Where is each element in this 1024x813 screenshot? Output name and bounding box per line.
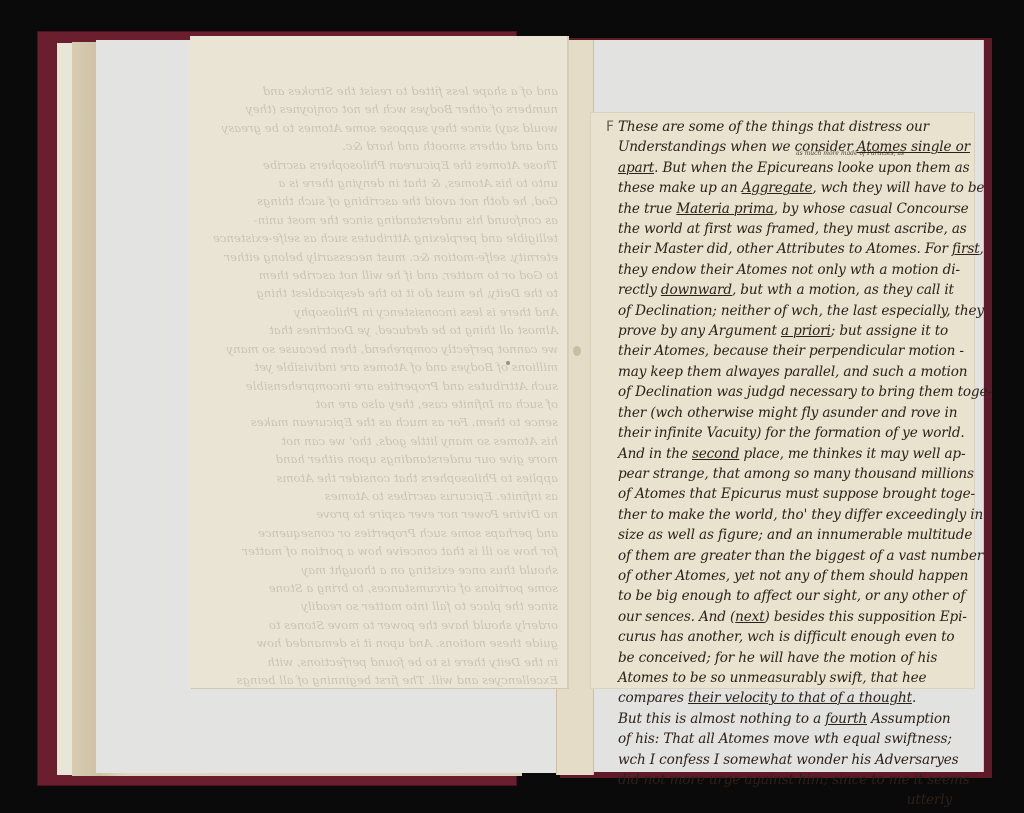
manuscript-line: pear strange, that among so many thousan… [618, 464, 966, 484]
manuscript-line: their Atomes, because their perpendicula… [618, 341, 966, 361]
manuscript-page-left: and of a shape less fitted to resist the… [190, 36, 568, 688]
manuscript-line: of other Atomes, yet not any of them sho… [618, 566, 966, 586]
manuscript-line: our sences. And (next) besides this supp… [618, 607, 966, 627]
manuscript-page-right: F as much more made of Particles, as The… [591, 113, 974, 688]
bleed-line: Those Atomes the Epicurean Philosophers … [204, 156, 558, 174]
bleed-line: should thus once existing on a thought m… [204, 561, 558, 579]
bleed-line: such Attributes and Properties are incom… [204, 377, 558, 395]
spine-fold [567, 36, 569, 688]
manuscript-line: ther (wch otherwise might fly asunder an… [618, 403, 966, 423]
manuscript-line: compares their velocity to that of a tho… [618, 688, 966, 708]
manuscript-line: did not more urge against him; since to … [618, 770, 966, 790]
bleed-line: would say) since they suppose some Atome… [204, 119, 558, 137]
bleed-line: Almost all thing to be deduced, ye Doctr… [204, 321, 558, 339]
bleed-line: in the Deity there is to be found perfec… [204, 653, 558, 671]
manuscript-line: of Declination; neither of wch, the last… [618, 301, 966, 321]
manuscript-line: the world at first was framed, they must… [618, 219, 966, 239]
manuscript-line: Atomes to be so unmeasurably swift, that… [618, 668, 966, 688]
bleed-line: eternity, selfe-motion &c. must necessar… [204, 248, 558, 266]
manuscript-line: But this is almost nothing to a fourth A… [618, 709, 966, 729]
manuscript-line: of his: That all Atomes move wth equal s… [618, 729, 966, 749]
bleed-line: to the Deity, he must do it to the despi… [204, 284, 558, 302]
bleed-line: God, he doth not avoid the ascribing of … [204, 192, 558, 210]
manuscript-line: the true Materia prima, by whose casual … [618, 199, 966, 219]
bleed-line: more give our understandings upon either… [204, 450, 558, 468]
bleed-line: since the place to fall into matter so r… [204, 597, 558, 615]
bleed-line: his Atomes so many little gods, tho' we … [204, 432, 558, 450]
manuscript-text: These are some of the things that distre… [618, 117, 966, 811]
manuscript-line: These are some of the things that distre… [618, 117, 966, 137]
bleed-line: numbers of other Bodyes wch he not conjo… [204, 100, 558, 118]
manuscript-line: their Master did, other Attributes to At… [618, 239, 966, 259]
bleed-line: to God or to matter, and if he will not … [204, 266, 558, 284]
manuscript-line: rectly downward, but wth a motion, as th… [618, 280, 966, 300]
manuscript-line: And in the second place, me thinkes it m… [618, 444, 966, 464]
manuscript-line: apart. But when the Epicureans looke upo… [618, 158, 966, 178]
bleed-line: as infinite. Epicurus ascribes to Atomes [204, 487, 558, 505]
bleed-line: sence to them. For as much as the Epicur… [204, 413, 558, 431]
manuscript-line: of Atomes that Epicurus must suppose bro… [618, 484, 966, 504]
bleed-through-text: and of a shape less fitted to resist the… [204, 82, 558, 688]
manuscript-line: Understandings when we consider Atomes s… [618, 137, 966, 157]
bleed-line: we cannot perfectly comprehend, then bec… [204, 340, 558, 358]
manuscript-line: of Declination was judgd necessary to br… [618, 382, 966, 402]
manuscript-line: be conceived; for he will have the motio… [618, 648, 966, 668]
manuscript-line: to be big enough to affect our sight, or… [618, 586, 966, 606]
bleed-line: no Divine Power nor ever aspire to prove [204, 505, 558, 523]
bleed-line: some portions of circumstances, to bring… [204, 579, 558, 597]
manuscript-line: utterly [618, 790, 966, 810]
spine-mark [573, 346, 581, 356]
bleed-line: Excellencyes and will. The first beginni… [204, 671, 558, 688]
folio-mark: F [606, 119, 614, 135]
manuscript-line: their infinite Vacuity) for the formatio… [618, 423, 966, 443]
manuscript-line: these make up an Aggregate, wch they wil… [618, 178, 966, 198]
manuscript-line: curus has another, wch is difficult enou… [618, 627, 966, 647]
manuscript-line: they endow their Atomes not only wth a m… [618, 260, 966, 280]
bleed-line: for how so ill is that conceive how a po… [204, 542, 558, 560]
manuscript-line: size as well as figure; and an innumerab… [618, 525, 966, 545]
bleed-line: orderly should have the power to move St… [204, 616, 558, 634]
bleed-line: as confound his understanding since the … [204, 211, 558, 229]
bleed-line: telligible and perplexing Attributes suc… [204, 229, 558, 247]
bleed-line: guide these motions. And upon it is dema… [204, 634, 558, 652]
paper-spot [506, 361, 510, 365]
manuscript-line: prove by any Argument a priori; but assi… [618, 321, 966, 341]
manuscript-line: may keep them alwayes parallel, and such… [618, 362, 966, 382]
manuscript-line: ther to make the world, tho' they differ… [618, 505, 966, 525]
manuscript-line: of them are greater than the biggest of … [618, 546, 966, 566]
bleed-line: and and others smooth and hard &c. [204, 137, 558, 155]
bleed-line: of such an Infinite case, they also are … [204, 395, 558, 413]
bleed-line: and perhaps some such Properties or cons… [204, 524, 558, 542]
bleed-line: And there is less inconsistency in Philo… [204, 303, 558, 321]
bleed-line: millions of Bodyes and of Atomes are ind… [204, 358, 558, 376]
bleed-line: unto to his Atomes, & that in denying th… [204, 174, 558, 192]
manuscript-line: wch I confess I somewhat wonder his Adve… [618, 750, 966, 770]
bleed-line: and of a shape less fitted to resist the… [204, 82, 558, 100]
bleed-line: applies to Philosophers that consider th… [204, 469, 558, 487]
